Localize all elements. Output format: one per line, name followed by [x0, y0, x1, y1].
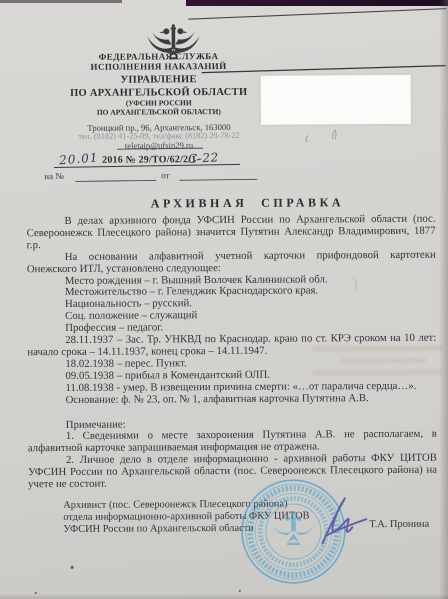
agency-line2: ИСПОЛНЕНИЯ НАКАЗАНИЙ	[47, 61, 271, 72]
ink-showthrough	[312, 346, 442, 352]
signer-name: Т.А. Пронина	[369, 519, 429, 530]
reply-to-number-label: на №	[44, 171, 64, 181]
reply-from-label: от	[161, 170, 169, 180]
email-line: teletaip@ufsin29.ru	[37, 140, 281, 151]
ink-showthrough	[312, 370, 442, 376]
department-short-name: (УФСИН РОССИИ ПО АРХАНГЕЛЬСКОЙ ОБЛАСТИ)	[57, 98, 261, 117]
department-name: УПРАВЛЕНИЕ ПО АРХАНГЕЛЬСКОЙ ОБЛАСТИ	[37, 74, 281, 100]
agency-name: ФЕДЕРАЛЬНАЯ СЛУЖБА ИСПОЛНЕНИЯ НАКАЗАНИЙ	[46, 51, 270, 72]
handwritten-date: 20.01	[59, 150, 99, 167]
scanned-document: ФЕДЕРАЛЬНАЯ СЛУЖБА ИСПОЛНЕНИЯ НАКАЗАНИЙ …	[0, 0, 448, 599]
record-line: Основание: ф. № 23, оп. № 1, алфавитная …	[28, 392, 437, 406]
document-title: АРХИВНАЯ СПРАВКА	[119, 195, 375, 212]
handwritten-signature-icon	[304, 485, 376, 551]
paper-speck	[239, 590, 241, 592]
scan-shadow-right	[439, 0, 448, 599]
paper-speck	[71, 566, 74, 569]
department-line4: ПО АРХАНГЕЛЬСКОЙ ОБЛАСТИ)	[57, 107, 261, 117]
outgoing-number: 2016 № 29/ТО/62/2/1-	[102, 154, 200, 166]
redacted-area	[261, 75, 411, 125]
document-body: В делах архивного фонда УФСИН России по …	[26, 214, 437, 491]
scan-shadow-bottom	[0, 594, 448, 599]
ink-showthrough	[340, 358, 426, 364]
handwritten-number-suffix: С-22	[188, 150, 219, 166]
document-page: ФЕДЕРАЛЬНАЯ СЛУЖБА ИСПОЛНЕНИЯ НАКАЗАНИЙ …	[0, 0, 448, 599]
body-paragraph: На основании алфавитной учетной карточки…	[27, 249, 436, 275]
body-paragraph: В делах архивного фонда УФСИН России по …	[26, 214, 435, 252]
